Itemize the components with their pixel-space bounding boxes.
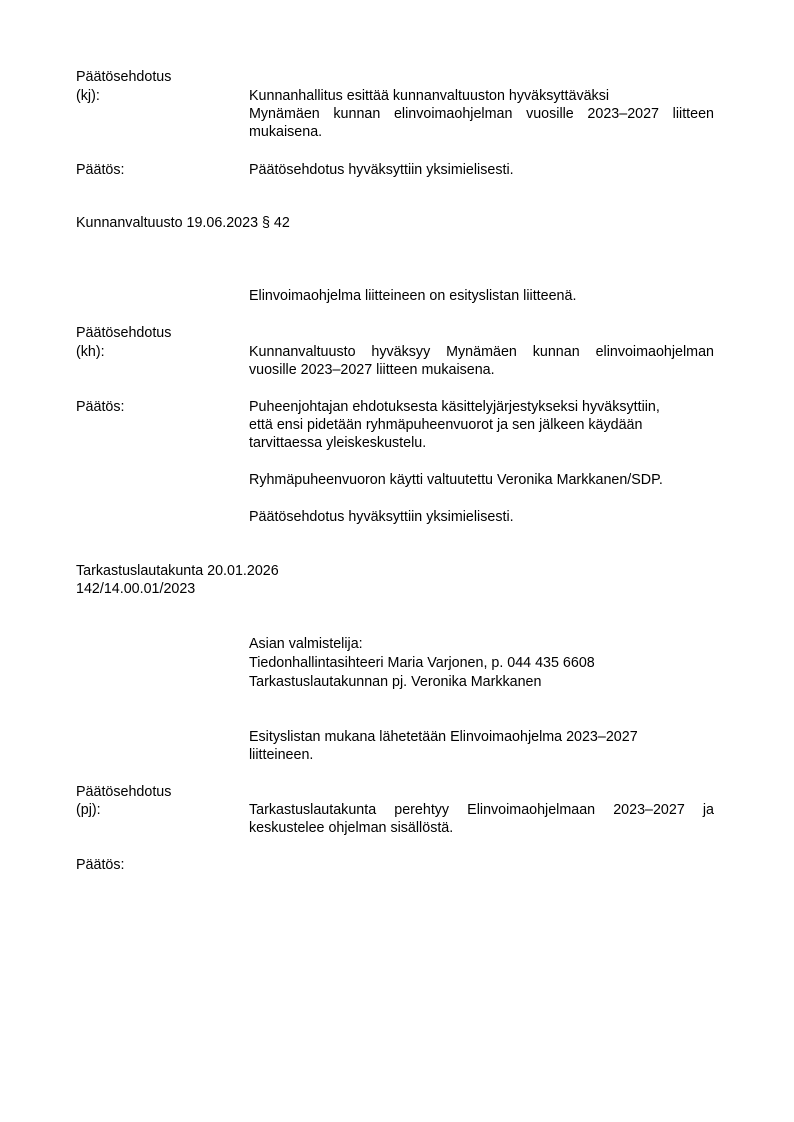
section-heading: Kunnanvaltuusto 19.06.2023 § 42 <box>76 214 290 232</box>
section-reference: 142/14.00.01/2023 <box>76 580 195 598</box>
intro-text-line: Elinvoimaohjelma liitteineen on esitysli… <box>249 287 576 305</box>
proposal-text-line: keskustelee ohjelman sisällöstä. <box>249 819 453 837</box>
section-heading: Tarkastuslautakunta 20.01.2026 <box>76 562 279 580</box>
proposal-text-line: Tarkastuslautakunta perehtyy Elinvoimaoh… <box>249 801 714 819</box>
decision-label: Päätös: <box>76 856 124 874</box>
proposal-label: Päätösehdotus <box>76 324 171 342</box>
proposal-text-line: vuosille 2023–2027 liitteen mukaisena. <box>249 361 495 379</box>
proposal-label-role: (kj): <box>76 87 100 105</box>
decision-label: Päätös: <box>76 161 124 179</box>
proposal-label: Päätösehdotus <box>76 68 171 86</box>
decision-label: Päätös: <box>76 398 124 416</box>
proposal-text-line: mukaisena. <box>249 123 322 141</box>
decision-text-line: Päätösehdotus hyväksyttiin yksimielisest… <box>249 508 514 526</box>
decision-text-line: Puheenjohtajan ehdotuksesta käsittelyjär… <box>249 398 660 416</box>
intro-text-line: liitteineen. <box>249 746 313 764</box>
proposal-label-role: (pj): <box>76 801 101 819</box>
proposal-text-line: Mynämäen kunnan elinvoimaohjelman vuosil… <box>249 105 714 123</box>
decision-text-line: Päätösehdotus hyväksyttiin yksimielisest… <box>249 161 514 179</box>
decision-text-line: että ensi pidetään ryhmäpuheenvuorot ja … <box>249 416 642 434</box>
intro-text-line: Esityslistan mukana lähetetään Elinvoima… <box>249 728 638 746</box>
proposal-text-line: Kunnanvaltuusto hyväksyy Mynämäen kunnan… <box>249 343 714 361</box>
proposal-text-line: Kunnanhallitus esittää kunnanvaltuuston … <box>249 87 609 105</box>
preparer-line: Tiedonhallintasihteeri Maria Varjonen, p… <box>249 654 595 672</box>
decision-text-line: Ryhmäpuheenvuoron käytti valtuutettu Ver… <box>249 471 663 489</box>
proposal-label-role: (kh): <box>76 343 105 361</box>
preparer-line: Asian valmistelija: <box>249 635 363 653</box>
preparer-line: Tarkastuslautakunnan pj. Veronika Markka… <box>249 673 541 691</box>
proposal-label: Päätösehdotus <box>76 783 171 801</box>
decision-text-line: tarvittaessa yleiskeskustelu. <box>249 434 426 452</box>
